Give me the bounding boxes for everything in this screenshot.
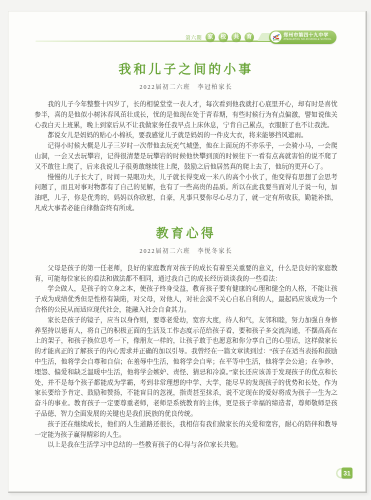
document-page: 第六期 家 校 共 育 郑州市第四十九中学 ZHENGZHOU NO.49 MI… <box>8 11 367 493</box>
paragraph: 父母是孩子的第一任老师，良好的家庭教育对孩子的成长有着至关重要的意义，什么是良好… <box>35 263 338 284</box>
page-content: 我和儿子之间的小事 2022届初二六班 李冠柏家长 我的儿子今年整整十四岁了，长… <box>35 60 338 451</box>
article-1-byline: 2022届初二六班 李冠柏家长 <box>35 83 338 92</box>
column-badge: 家 <box>205 32 215 42</box>
page-number-area: 31 <box>336 468 353 479</box>
school-name-english: ZHENGZHOU NO.49 MIDDLE SCHOOL <box>283 39 331 42</box>
paragraph: 记得小时候大概是儿子三岁时一次带他去玩充气城堡，他在上面玩的不亦乐乎，一会骑小马… <box>35 141 338 172</box>
paragraph: 以上是我在生活学习中总结的一些教育孩子的心得与各位家长共勉。 <box>35 440 338 450</box>
school-logo-icon <box>270 32 281 43</box>
article-2: 教育心得 2022届初二六班 李悦冬家长 父母是孩子的第一任老师，良好的家庭教育… <box>35 223 338 450</box>
article-1: 我和儿子之间的小事 2022届初二六班 李冠柏家长 我的儿子今年整整十四岁了，长… <box>35 60 338 214</box>
article-2-body: 父母是孩子的第一任老师，良好的家庭教育对孩子的成长有着至关重要的意义，什么是良好… <box>35 263 338 450</box>
paragraph: 孩子还在继续成长，他们的人生道路还很长，我相信有我们做家长的关爱和宽容，耐心的陪… <box>35 419 338 440</box>
column-badge: 育 <box>244 32 254 42</box>
school-name-block: 郑州市第四十九中学 ZHENGZHOU NO.49 MIDDLE SCHOOL <box>283 33 331 41</box>
paragraph: 学会做人，是孩子的立身之本，使孩子终身受益，教育孩子要有健康的心理和健全的人格，… <box>35 284 338 315</box>
column-badge: 校 <box>218 32 228 42</box>
article-1-title: 我和儿子之间的小事 <box>35 60 338 78</box>
page-header: 第六期 家 校 共 育 郑州市第四十九中学 ZHENGZHOU NO.49 MI… <box>185 30 336 45</box>
paragraph: 家长是孩子的镜子，应当以身作则，要尊老爱幼，宽容大度，待人和气，友邻和睦，努力加… <box>35 315 338 419</box>
article-2-byline: 2022届初二六班 李悦冬家长 <box>35 246 338 255</box>
article-1-body: 我的儿子今年整整十四岁了，长的相貌堂堂一表人才，每次看到他我就打心底里开心，却有… <box>35 99 338 213</box>
paragraph: 我的儿子今年整整十四岁了，长的相貌堂堂一表人才，每次看到他我就打心底里开心，却有… <box>35 99 338 130</box>
page-number: 31 <box>342 468 353 479</box>
issue-label: 第六期 <box>185 33 202 41</box>
article-2-title: 教育心得 <box>35 223 338 241</box>
school-banner: 郑州市第四十九中学 ZHENGZHOU NO.49 MIDDLE SCHOOL <box>269 30 337 44</box>
paragraph: 都说女儿是妈妈的贴心小棉袄，要我感觉儿子就是妈妈的一件皮大衣，将来能够挡风遮雨。 <box>35 130 338 140</box>
paragraph: 慢慢的儿子长大了，时间一晃眼功夫，儿子就长得变成一米八的高个小伙了，他变得有思想… <box>35 172 338 214</box>
column-badge: 共 <box>231 32 241 42</box>
